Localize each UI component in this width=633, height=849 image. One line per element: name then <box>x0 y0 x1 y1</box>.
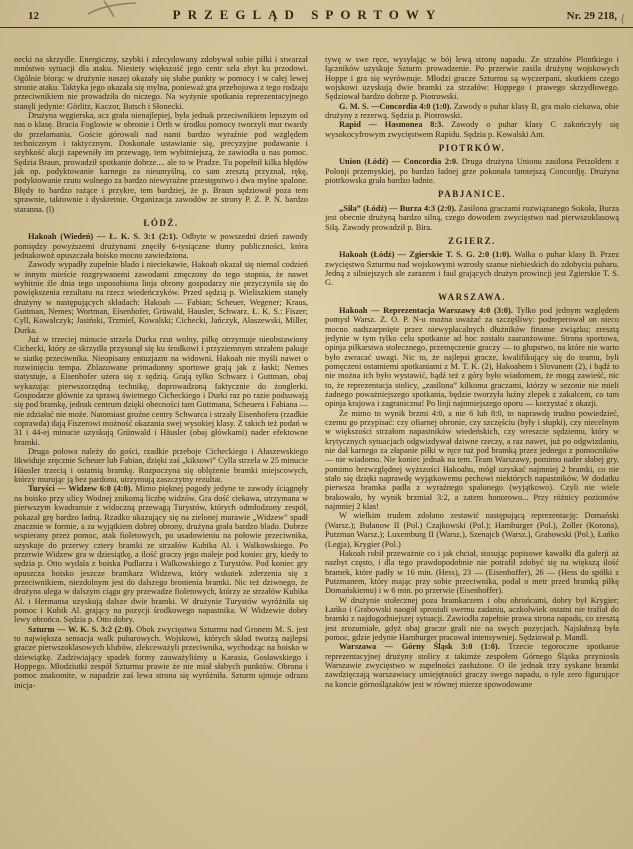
paragraph: Hakoah (Wiedeń) — Ł. K. S. 3:1 (2:1). Od… <box>14 232 308 260</box>
section-heading: PIOTRKÓW. <box>325 144 619 153</box>
match-result-lead: Union (Łódź) — Concordia 2:0. <box>339 157 458 166</box>
paragraph: Już w trzeciej minucie strzela Durka rzu… <box>14 335 308 447</box>
paragraph: Druga połowa należy do gości, rzadkie pr… <box>14 447 308 484</box>
masthead-title: PRZEGLĄD SPORTOWY <box>108 7 507 23</box>
paragraph: Rapid — Hasmonea 8:3. Zawody o puhar kla… <box>325 120 619 139</box>
pencil-tick-icon <box>617 12 627 31</box>
issue-number: Nr. 29 218, <box>507 10 617 22</box>
paragraph: Hakoah (Łódź) — Zgierskie T. S. G. 2:0 (… <box>325 250 619 287</box>
paragraph: Że mimo to wynik brzmi 4:0, a nie 6 lub … <box>325 409 619 512</box>
paragraph: W drużynie stołecznej poza bramkarzem i … <box>325 596 619 643</box>
match-result-lead: „Siła” (Łódź) — Burza 4:3 (2:0). <box>339 204 456 213</box>
paragraph: G. M. S. —Concordia 4:0 (1:0). Zawody o … <box>325 102 619 121</box>
match-result-lead: Hakoah (Wiedeń) — Ł. K. S. 3:1 (2:1). <box>28 232 178 241</box>
paragraph: Hakoah robił przeważnie co i jak chciał,… <box>325 549 619 596</box>
paragraph: Zawody wypadły zupełnie blado i niecieka… <box>14 260 308 335</box>
column-right: tywę w swe ręce, wysyłając w bój lewą st… <box>325 55 619 690</box>
paragraph: Turyści — Widzew 6:0 (4:0). Mimo pięknej… <box>14 484 308 624</box>
match-result-lead: Warszawa — Górny Śląsk 3:0 (1:0). <box>339 642 500 651</box>
column-left: necki na skrzydle. Energiczny, szybki i … <box>14 55 308 690</box>
section-heading: ZGIERZ. <box>325 237 619 246</box>
paragraph: Drużyna węgierska, acz grała nienajlepie… <box>14 111 308 214</box>
match-result-lead: Turyści — Widzew 6:0 (4:0). <box>28 484 133 493</box>
section-heading: WARSZAWA. <box>325 293 619 302</box>
paragraph: W wielkim trudem zdołano zestawić następ… <box>325 511 619 548</box>
match-result-lead: Rapid — Hasmonea 8:3. <box>339 120 443 129</box>
paragraph: Hakoah — Reprezentacja Warszawy 4:0 (3:0… <box>325 306 619 409</box>
paragraph: Warszawa — Górny Śląsk 3:0 (1:0). Trzeci… <box>325 642 619 689</box>
paragraph: necki na skrzydle. Energiczny, szybki i … <box>14 55 308 111</box>
paragraph: Szturm — W. K. S. 3:2 (2:0). Obok zwycię… <box>14 625 308 690</box>
match-result-lead: Szturm — W. K. S. 3:2 (2:0). <box>28 625 134 634</box>
newspaper-header: 12 PRZEGLĄD SPORTOWY Nr. 29 218, <box>0 0 633 28</box>
section-heading: PABJANICE. <box>325 190 619 199</box>
paragraph: „Siła” (Łódź) — Burza 4:3 (2:0). Zasilon… <box>325 204 619 232</box>
match-result-lead: Hakoah (Łódź) — Zgierskie T. S. G. 2:0 (… <box>339 250 511 259</box>
paragraph: tywę w swe ręce, wysyłając w bój lewą st… <box>325 55 619 102</box>
section-heading: ŁÓDŹ. <box>14 219 308 228</box>
match-result-lead: Hakoah — Reprezentacja Warszawy 4:0 (3:0… <box>339 306 513 315</box>
pencil-cross-mark-icon <box>84 0 140 23</box>
match-result-lead: G. M. S. —Concordia 4:0 (1:0). <box>339 102 452 111</box>
article-columns: necki na skrzydle. Energiczny, szybki i … <box>0 55 633 690</box>
paragraph: Union (Łódź) — Concordia 2:0. Druga druż… <box>325 157 619 185</box>
